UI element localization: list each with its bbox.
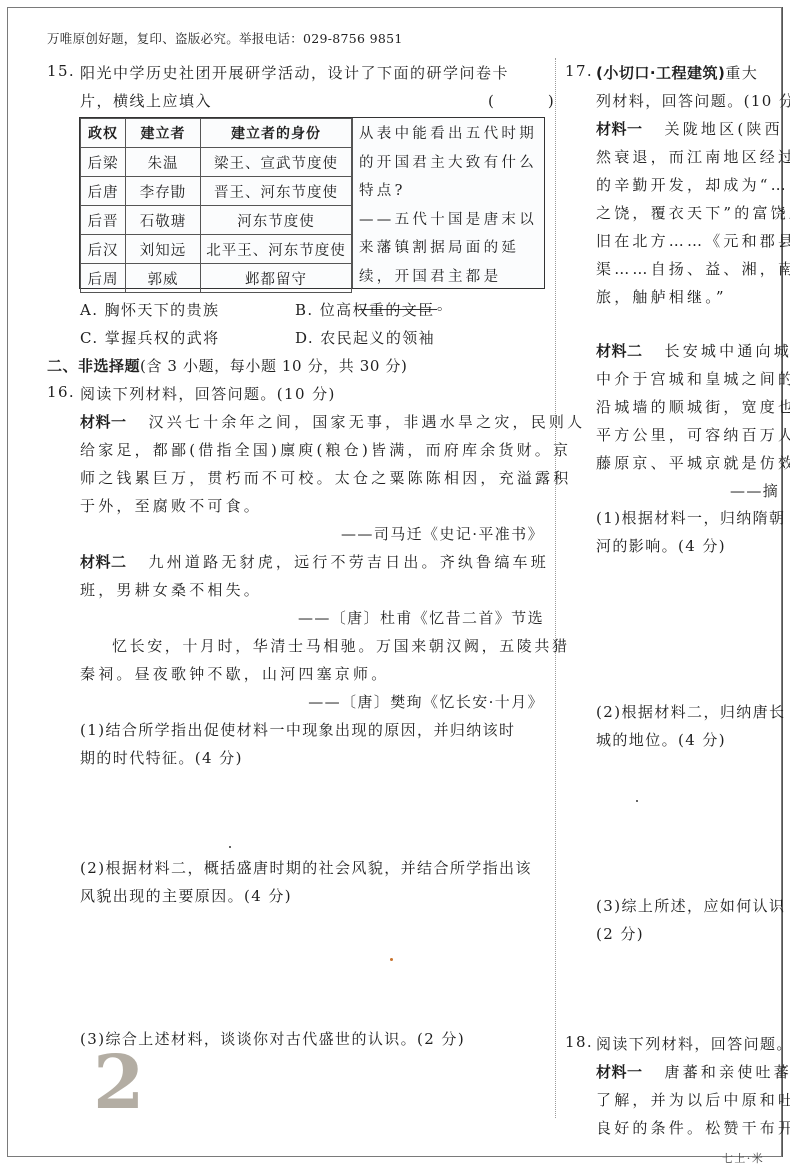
print-speck	[636, 800, 638, 802]
material-text: 汉兴七十余年之间，国家无事，非遇水旱之灾，民则人	[149, 413, 586, 431]
section-heading: 二、非选择题(含 3 小题，每小题 10 分，共 30 分)	[47, 355, 407, 376]
table-row: 后唐 李存勖 晋王、河东节度使	[81, 177, 352, 206]
q17-sub3-line2: (2 分)	[596, 923, 644, 944]
header-founder: 建立者	[126, 119, 201, 148]
option-letter: D.	[295, 329, 314, 347]
material-text: 了解，并为以后中原和吐	[596, 1089, 790, 1110]
q17-tag: (小切口·工程建筑)	[596, 64, 725, 82]
material-text: 班，男耕女桑不相失。	[80, 579, 262, 600]
card-question: 从表中能看出五代时期的开国君主大致有什么特点?	[359, 126, 537, 199]
material-text: 中介于宫城和皇城之间的	[596, 368, 790, 389]
cell-regime: 后唐	[81, 177, 126, 206]
material-label: 材料二	[80, 553, 127, 571]
material-label: 材料一	[596, 120, 643, 138]
option-c[interactable]: C. 掌握兵权的武将	[80, 327, 220, 348]
cell-founder: 李存勖	[126, 177, 201, 206]
q18-stem: 阅读下列材料，回答问题。	[596, 1033, 790, 1054]
q18-number: 18.	[565, 1033, 593, 1051]
cell-identity: 梁王、宣武节度使	[201, 148, 352, 177]
table-row: 后梁 朱温 梁王、宣武节度使	[81, 148, 352, 177]
cell-founder: 郭威	[126, 264, 201, 293]
header-regime: 政权	[81, 119, 126, 148]
q17-sub1-line2: 河的影响。(4 分)	[596, 535, 726, 556]
option-text: 位高权重的文臣	[320, 301, 435, 319]
regime-table: 政权 建立者 建立者的身份 后梁 朱温 梁王、宣武节度使 后唐 李存勖 晋王、河…	[80, 118, 352, 293]
poem-source: ——〔唐〕樊珣《忆长安·十月》	[308, 691, 544, 712]
print-speck	[229, 846, 231, 848]
poem-text: 秦祠。昼夜歌钟不歇，山河四塞京师。	[80, 663, 389, 684]
q16-sub2-line1: (2)根据材料二，概括盛唐时期的社会风貌，并结合所学指出该	[80, 857, 532, 878]
q16-material1-line1: 材料一汉兴七十余年之间，国家无事，非遇水旱之灾，民则人	[80, 411, 585, 432]
option-text: 胸怀天下的贵族	[105, 301, 220, 319]
material-text: 唐蕃和亲使吐蕃	[665, 1063, 790, 1081]
cell-regime: 后汉	[81, 235, 126, 264]
q17-material1-line1: 材料一关陇地区(陕西	[596, 118, 783, 139]
q16-sub2-line2: 风貌出现的主要原因。(4 分)	[80, 885, 292, 906]
material-text: 沿城墙的顺城街，宽度也	[596, 396, 790, 417]
q17-stem-line1: (小切口·工程建筑)重大	[596, 62, 758, 83]
footer-fragment: 七上·米	[722, 1150, 764, 1165]
material-text: 给家足，都鄙(借指全国)廪庾(粮仓)皆满，而府库余货财。京	[80, 439, 571, 460]
material-text: 的辛勤开发，却成为“……	[596, 174, 790, 195]
material-label: 材料一	[596, 1063, 643, 1081]
option-letter: B.	[295, 301, 314, 319]
material-text: 关陇地区(陕西	[665, 120, 783, 138]
material-text: 九州道路无豺虎，远行不劳吉日出。齐纨鲁缟车班	[149, 553, 549, 571]
cell-founder: 朱温	[126, 148, 201, 177]
answer-bracket[interactable]: ( )	[488, 90, 562, 111]
q16-stem: 阅读下列材料，回答问题。(10 分)	[80, 383, 336, 404]
material-text: 良好的条件。松赞干布开	[596, 1117, 790, 1138]
q16-sub1-line1: (1)结合所学指出促使材料一中现象出现的原因，并归纳该时	[80, 719, 515, 740]
q15-stem-line2: 片，横线上应填入	[80, 90, 212, 111]
cell-identity: 晋王、河东节度使	[201, 177, 352, 206]
material-source: ——〔唐〕杜甫《忆昔二首》节选	[298, 607, 544, 628]
q17-stem-tail: 重大	[725, 64, 758, 82]
option-letter: C.	[80, 329, 99, 347]
cell-identity: 北平王、河东节度使	[201, 235, 352, 264]
q17-stem-line2: 列材料，回答问题。(10 分	[596, 90, 790, 111]
cell-regime: 后周	[81, 264, 126, 293]
cell-founder: 刘知远	[126, 235, 201, 264]
option-text: 农民起义的领袖	[320, 329, 435, 347]
q17-sub2-line2: 城的地位。(4 分)	[596, 729, 726, 750]
material-source: ——司马迁《史记·平准书》	[341, 523, 544, 544]
q17-sub1-line1: (1)根据材料一，归纳隋朝	[596, 507, 785, 528]
research-card-table: 政权 建立者 建立者的身份 后梁 朱温 梁王、宣武节度使 后唐 李存勖 晋王、河…	[79, 117, 545, 289]
cell-regime: 后晋	[81, 206, 126, 235]
material-text: 然衰退，而江南地区经过	[596, 146, 790, 167]
print-speck	[390, 958, 393, 961]
cell-regime: 后梁	[81, 148, 126, 177]
material-text: 旅，舳舻相继。”	[596, 286, 727, 307]
option-d[interactable]: D. 农民起义的领袖	[295, 327, 435, 348]
card-answer-suffix: 。	[437, 298, 455, 314]
option-a[interactable]: A. 胸怀天下的贵族	[80, 299, 219, 320]
q17-sub3-line1: (3)综上所述，应如何认识	[596, 895, 785, 916]
table-row: 后周 郭威 邺都留守	[81, 264, 352, 293]
card-side-text: 从表中能看出五代时期的开国君主大致有什么特点? ——五代十国是唐末以来藩镇割据局…	[352, 118, 544, 288]
material-text: 之饶，覆衣天下”的富饶之	[596, 202, 790, 223]
q16-material2-line1: 材料二九州道路无豺虎，远行不劳吉日出。齐纨鲁缟车班	[80, 551, 549, 572]
section-page-number: 2	[93, 1046, 145, 1120]
material-label: 材料一	[80, 413, 127, 431]
q18-material1-line1: 材料一唐蕃和亲使吐蕃	[596, 1061, 790, 1082]
material-text: 渠……自扬、益、湘，南至	[596, 258, 790, 279]
material-text: 师之钱累巨万，贯朽而不可校。太仓之粟陈陈相因，充溢露积	[80, 467, 571, 488]
column-divider	[555, 58, 556, 1118]
material-text: 于外，至腐败不可食。	[80, 495, 262, 516]
option-text: 掌握兵权的武将	[105, 329, 220, 347]
cell-founder: 石敬瑭	[126, 206, 201, 235]
table-row: 后汉 刘知远 北平王、河东节度使	[81, 235, 352, 264]
option-letter: A.	[80, 301, 98, 319]
q15-stem-line1: 阳光中学历史社团开展研学活动，设计了下面的研学问卷卡	[80, 62, 509, 83]
material-text: 平方公里，可容纳百万人	[596, 424, 790, 445]
q17-sub2-line1: (2)根据材料二，归纳唐长	[596, 701, 785, 722]
q17-material2-line1: 材料二长安城中通向城	[596, 340, 790, 361]
cell-identity: 河东节度使	[201, 206, 352, 235]
q17-number: 17.	[565, 62, 593, 80]
card-answer-prefix: ——五代十国是唐末以来藩镇割据局面的延续，开国君主都是	[359, 212, 537, 285]
table-row: 后晋 石敬瑭 河东节度使	[81, 206, 352, 235]
copyright-note: 万唯原创好题，复印、盗版必究。举报电话：029-8756 9851	[47, 29, 403, 47]
material-text: 旧在北方……《元和郡县	[596, 230, 790, 251]
material-label: 材料二	[596, 342, 643, 360]
material-text: 藤原京、平城京就是仿效	[596, 452, 790, 473]
q16-sub1-line2: 期的时代特征。(4 分)	[80, 747, 243, 768]
option-b[interactable]: B. 位高权重的文臣	[295, 299, 435, 320]
poem-text: 忆长安，十月时，华清士马相驰。万国来朝汉阙，五陵共猎	[112, 635, 570, 656]
section-title: 二、非选择题	[47, 357, 140, 375]
cell-identity: 邺都留守	[201, 264, 352, 293]
material-text: 长安城中通向城	[665, 342, 790, 360]
q16-number: 16.	[47, 383, 75, 401]
material-source: ——摘	[730, 480, 779, 501]
table-header-row: 政权 建立者 建立者的身份	[81, 119, 352, 148]
header-founder-identity: 建立者的身份	[201, 119, 352, 148]
section-note: (含 3 小题，每小题 10 分，共 30 分)	[140, 357, 407, 375]
q15-number: 15.	[47, 62, 75, 80]
